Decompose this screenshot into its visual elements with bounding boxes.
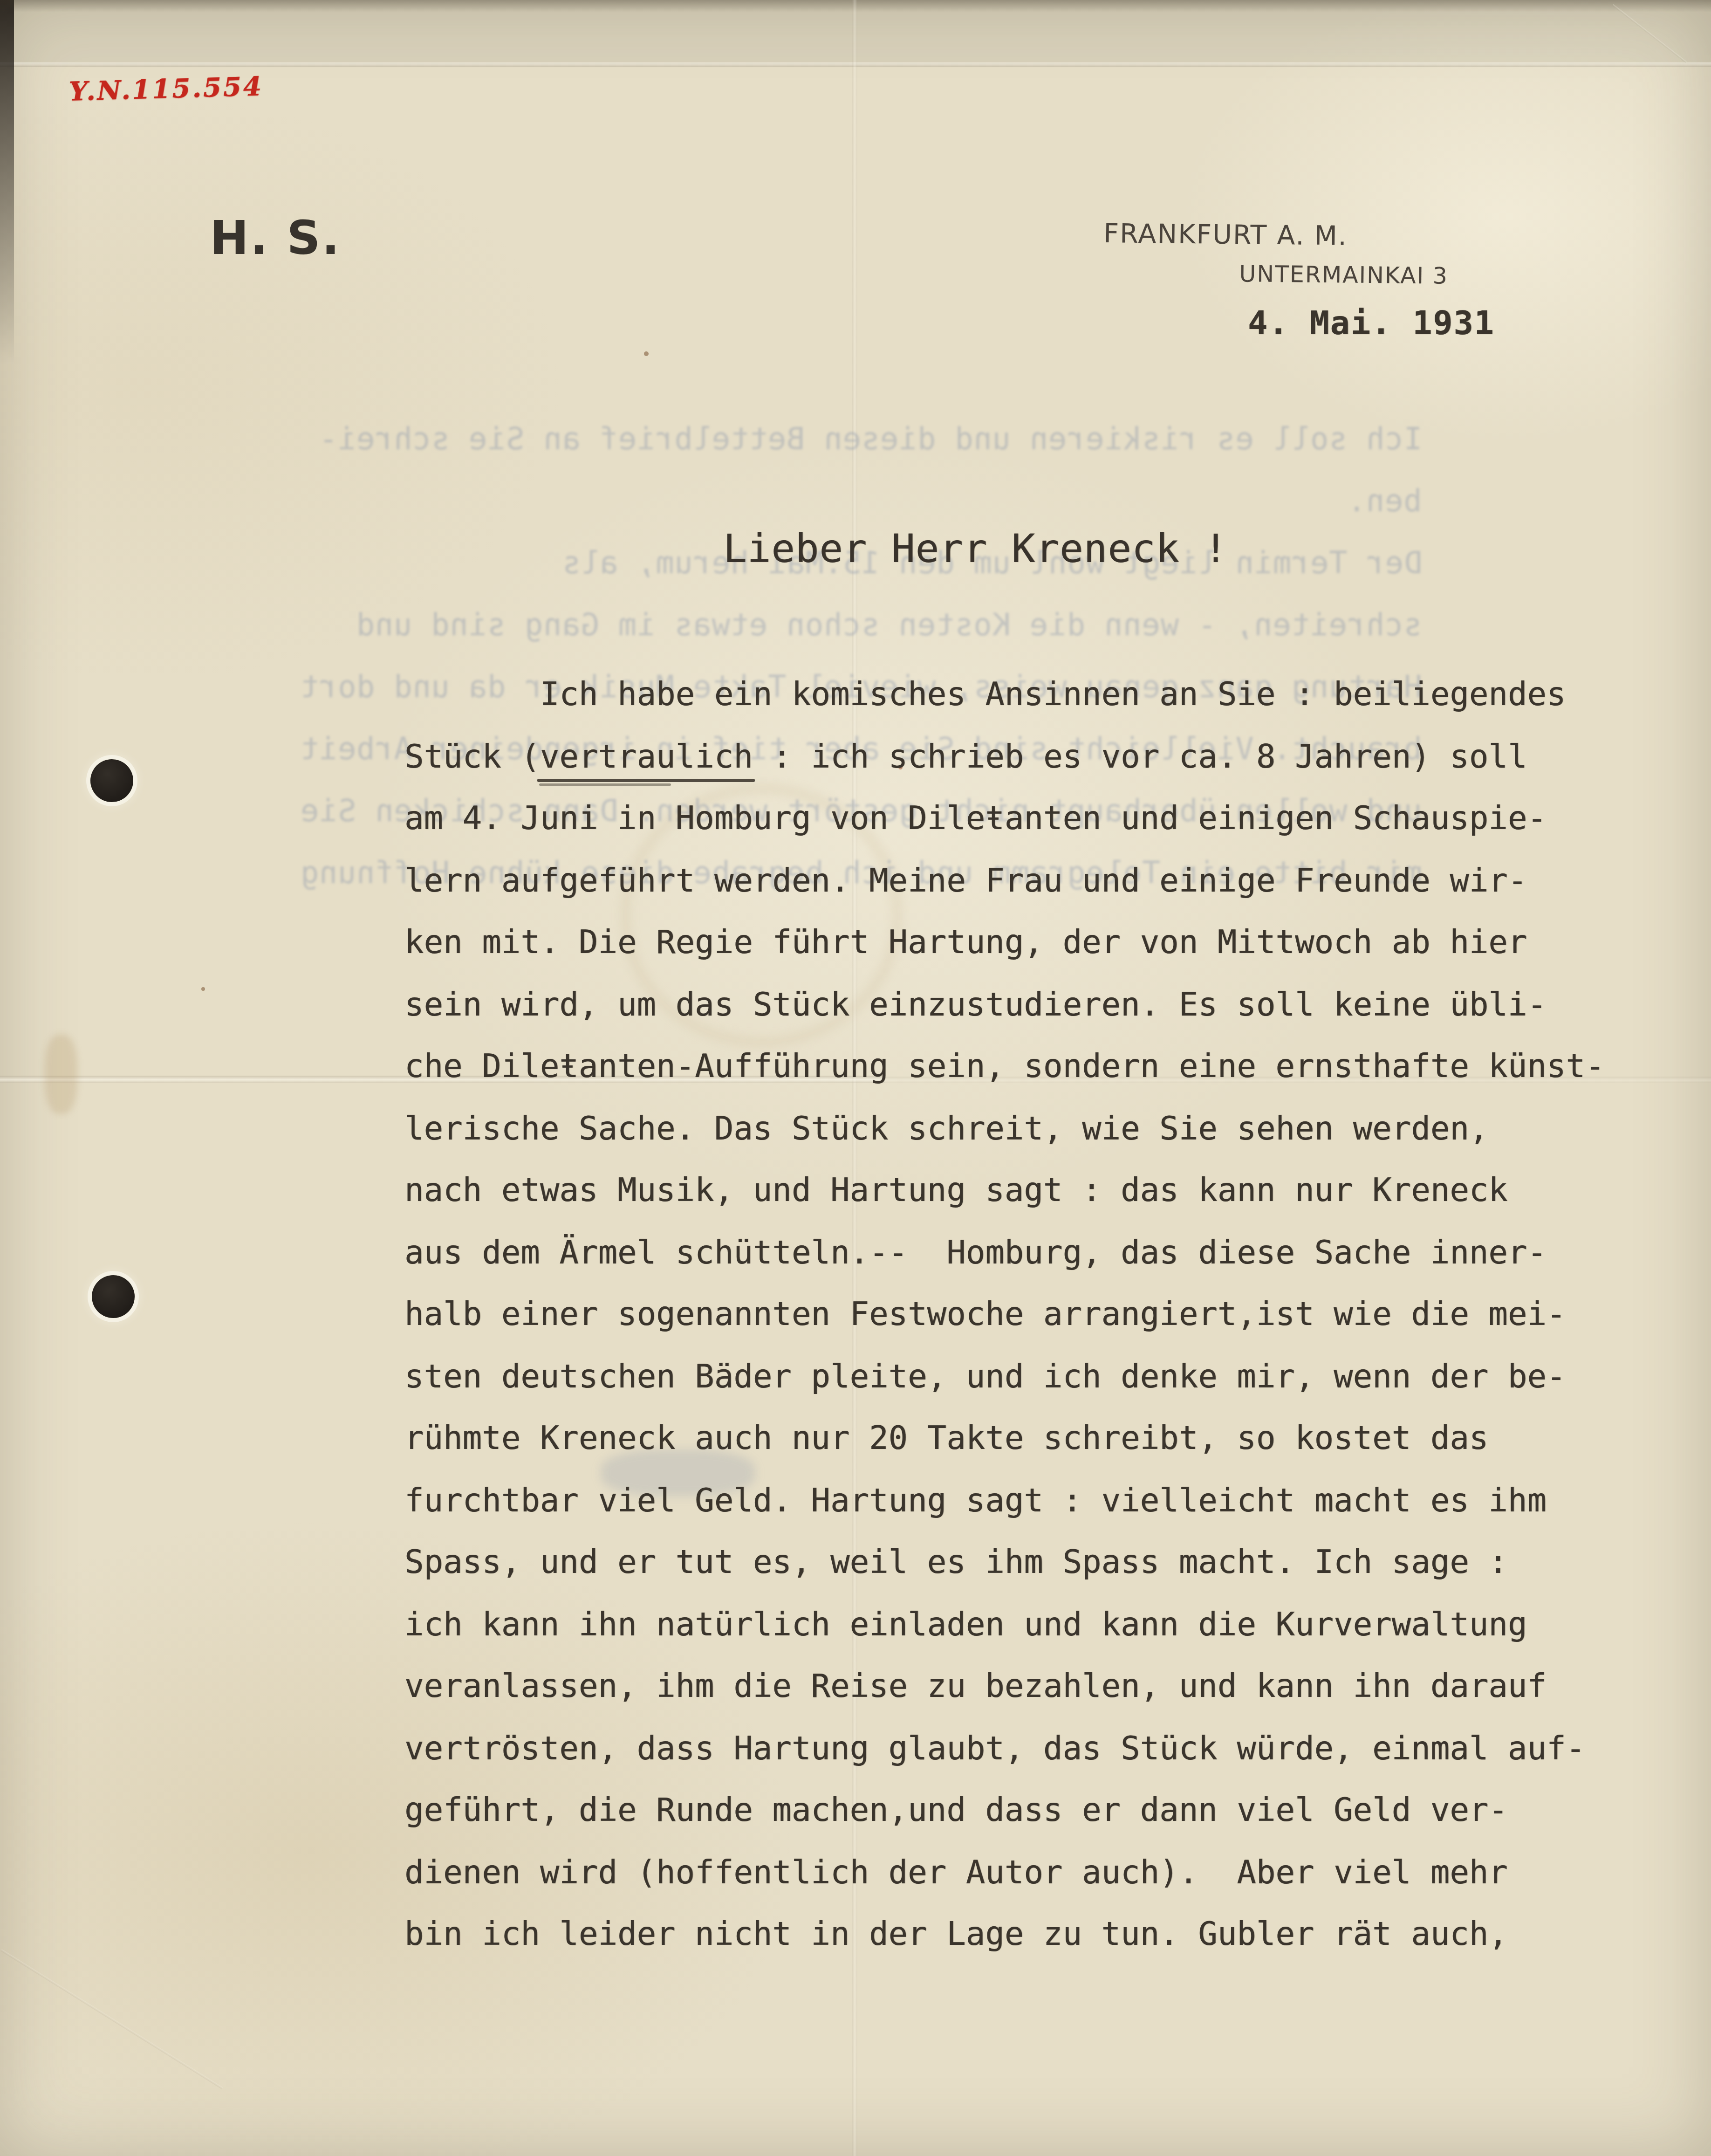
letter-page: Y.N.115.554 H. S. FRANKFURT A. M. UNTERM…: [0, 0, 1711, 2156]
typed-line: halb einer sogenannten Festwoche arrangi…: [404, 1284, 1605, 1346]
letterhead-city: FRANKFURT A. M.: [1103, 218, 1449, 253]
typed-line: vertrösten, dass Hartung glaubt, das Stü…: [404, 1718, 1605, 1780]
letter-date: 4. Mai. 1931: [1248, 304, 1495, 342]
typed-line: che Dileŧanten-Aufführung sein, sondern …: [404, 1036, 1605, 1098]
typed-line: bin ich leider nicht in der Lage zu tun.…: [404, 1903, 1605, 1965]
paper-speck: [644, 351, 649, 356]
typed-line: lerische Sache. Das Stück schreit, wie S…: [404, 1098, 1605, 1160]
underlined-word: vertraulich: [540, 738, 753, 776]
corner-crease-bottom-left: [0, 1949, 223, 2089]
archival-number-stamp: Y.N.115.554: [68, 71, 263, 107]
bleedthrough-line: ben.: [1347, 484, 1422, 519]
typed-line: Spass, und er tut es, weil es ihm Spass …: [404, 1531, 1605, 1593]
punch-hole-top: [90, 759, 133, 802]
typed-line: veranlassen, ihm die Reise zu bezahlen, …: [404, 1655, 1605, 1717]
typed-line: aus dem Ärmel schütteln.-- Homburg, das …: [404, 1222, 1605, 1284]
typed-line: am 4. Juni in Homburg von Dileŧanten und…: [404, 788, 1605, 850]
typed-line: Stück (vertraulich : ich schrieb es vor …: [404, 726, 1605, 788]
margin-stain: [45, 1035, 77, 1114]
typed-line: furchtbar viel Geld. Hartung sagt : viel…: [404, 1470, 1605, 1532]
typed-line: ich kann ihn natürlich einladen und kann…: [404, 1594, 1605, 1656]
typed-line: rühmte Kreneck auch nur 20 Takte schreib…: [404, 1408, 1605, 1469]
typed-line: nach etwas Musik, und Hartung sagt : das…: [404, 1160, 1605, 1222]
typed-line: lern aufgeführt werden. Meine Frau und e…: [404, 850, 1605, 912]
typed-line: sten deutschen Bäder pleite, und ich den…: [404, 1346, 1605, 1408]
typed-line: Ich habe ein komisches Ansinnen an Sie :…: [404, 664, 1605, 726]
typed-line: dienen wird (hoffentlich der Autor auch)…: [404, 1842, 1605, 1904]
punch-hole-bottom: [92, 1275, 135, 1318]
paper-speck: [201, 987, 205, 991]
scan-edge-shadow-left: [0, 0, 14, 364]
typed-line: sein wird, um das Stück einzustudieren. …: [404, 974, 1605, 1036]
bleedthrough-line: Ich soll es riskieren und diesen Bettelb…: [319, 422, 1422, 457]
letterhead-address: FRANKFURT A. M. UNTERMAINKAI 3: [1103, 218, 1449, 289]
bleedthrough-line: schreiten, - wenn die Kosten schon etwas…: [356, 608, 1422, 643]
letter-body: Ich habe ein komisches Ansinnen an Sie :…: [404, 664, 1605, 1965]
letterhead-street: UNTERMAINKAI 3: [1239, 261, 1448, 289]
typed-line: ken mit. Die Regie führt Hartung, der vo…: [404, 912, 1605, 974]
salutation: Lieber Herr Kreneck !: [723, 526, 1228, 571]
typed-line: geführt, die Runde machen,und dass er da…: [404, 1779, 1605, 1841]
letterhead-monogram: H. S.: [210, 211, 341, 265]
